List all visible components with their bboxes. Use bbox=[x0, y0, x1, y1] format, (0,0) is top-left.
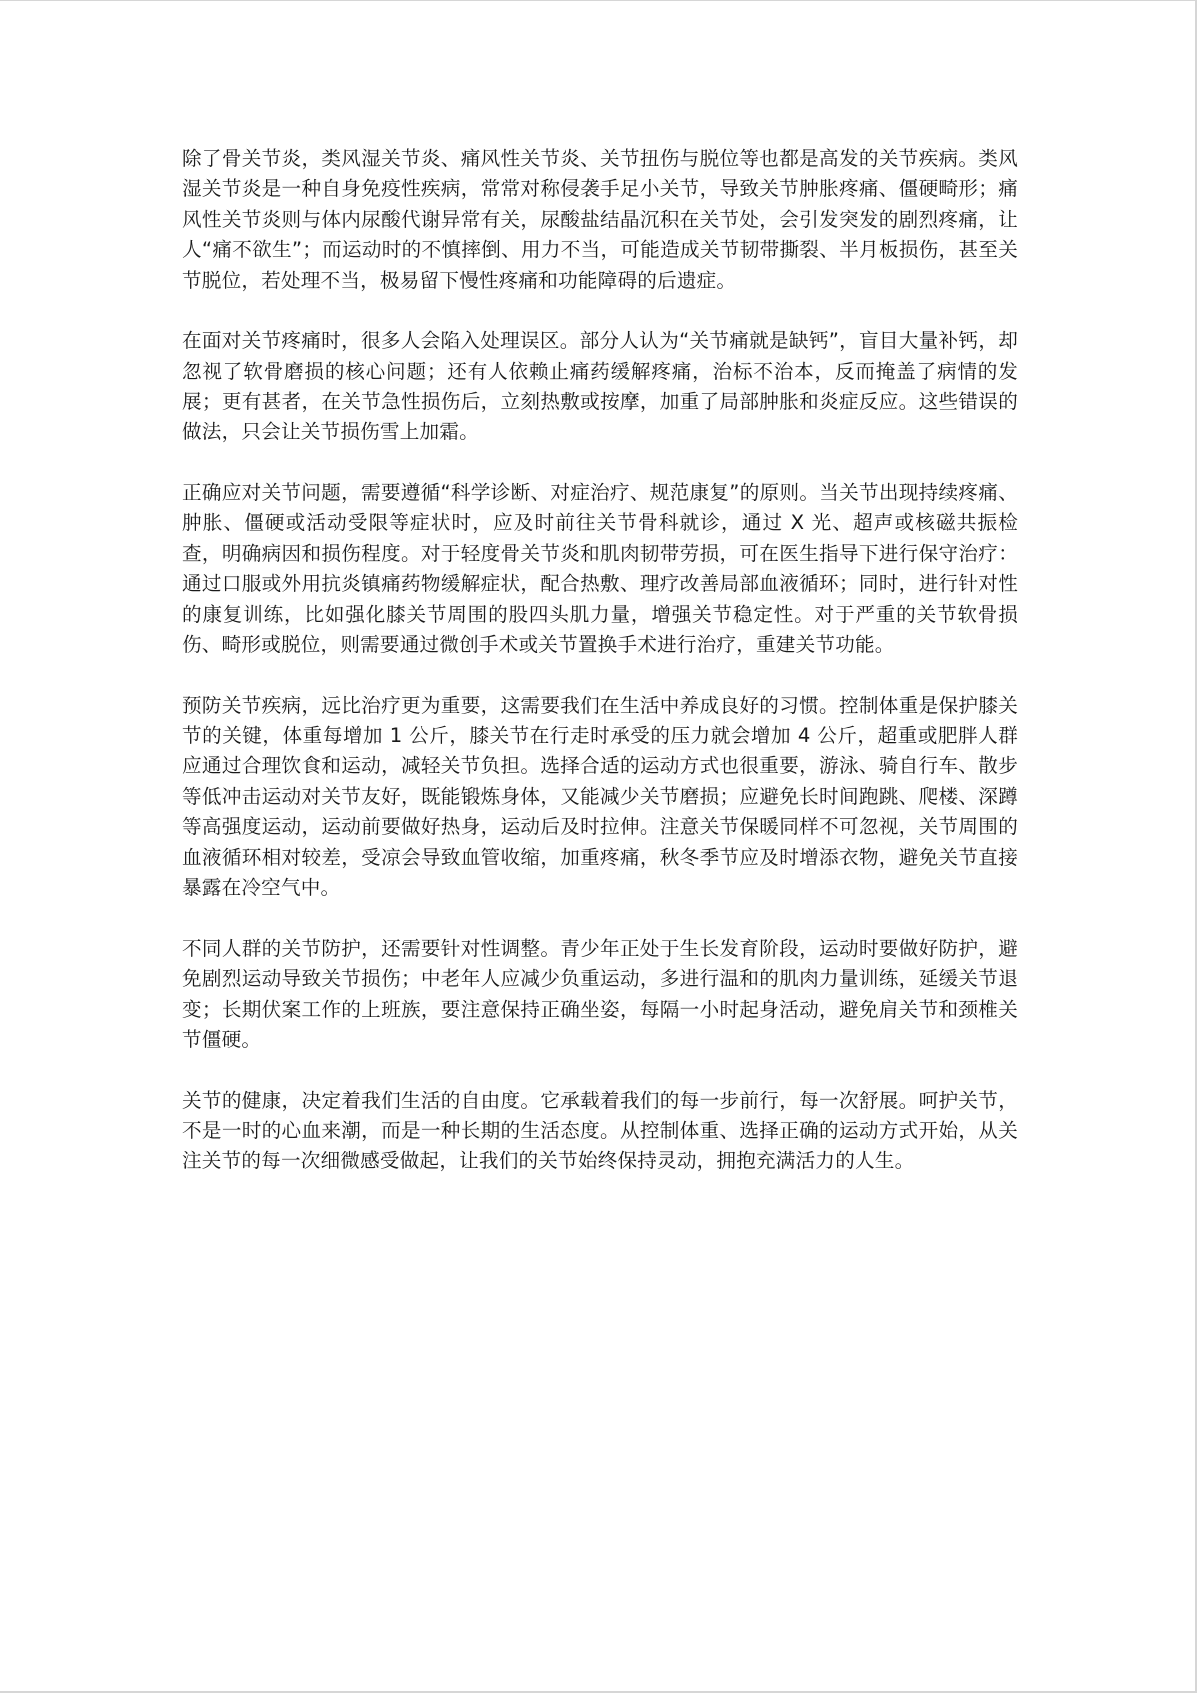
paragraph-misconceptions: 在面对关节疼痛时，很多人会陷入处理误区。部分人认为“关节痛就是缺钙”，盲目大量补… bbox=[182, 326, 1018, 448]
document-page: 除了骨关节炎，类风湿关节炎、痛风性关节炎、关节扭伤与脱位等也都是高发的关节疾病。… bbox=[0, 0, 1197, 1693]
paragraph-treatment: 正确应对关节问题，需要遵循“科学诊断、对症治疗、规范康复”的原则。当关节出现持续… bbox=[182, 478, 1018, 660]
document-body: 除了骨关节炎，类风湿关节炎、痛风性关节炎、关节扭伤与脱位等也都是高发的关节疾病。… bbox=[182, 144, 1018, 1207]
paragraph-joint-diseases: 除了骨关节炎，类风湿关节炎、痛风性关节炎、关节扭伤与脱位等也都是高发的关节疾病。… bbox=[182, 144, 1018, 296]
paragraph-prevention: 预防关节疾病，远比治疗更为重要，这需要我们在生活中养成良好的习惯。控制体重是保护… bbox=[182, 691, 1018, 904]
paragraph-population-protection: 不同人群的关节防护，还需要针对性调整。青少年正处于生长发育阶段，运动时要做好防护… bbox=[182, 934, 1018, 1056]
paragraph-conclusion: 关节的健康，决定着我们生活的自由度。它承载着我们的每一步前行，每一次舒展。呵护关… bbox=[182, 1086, 1018, 1177]
